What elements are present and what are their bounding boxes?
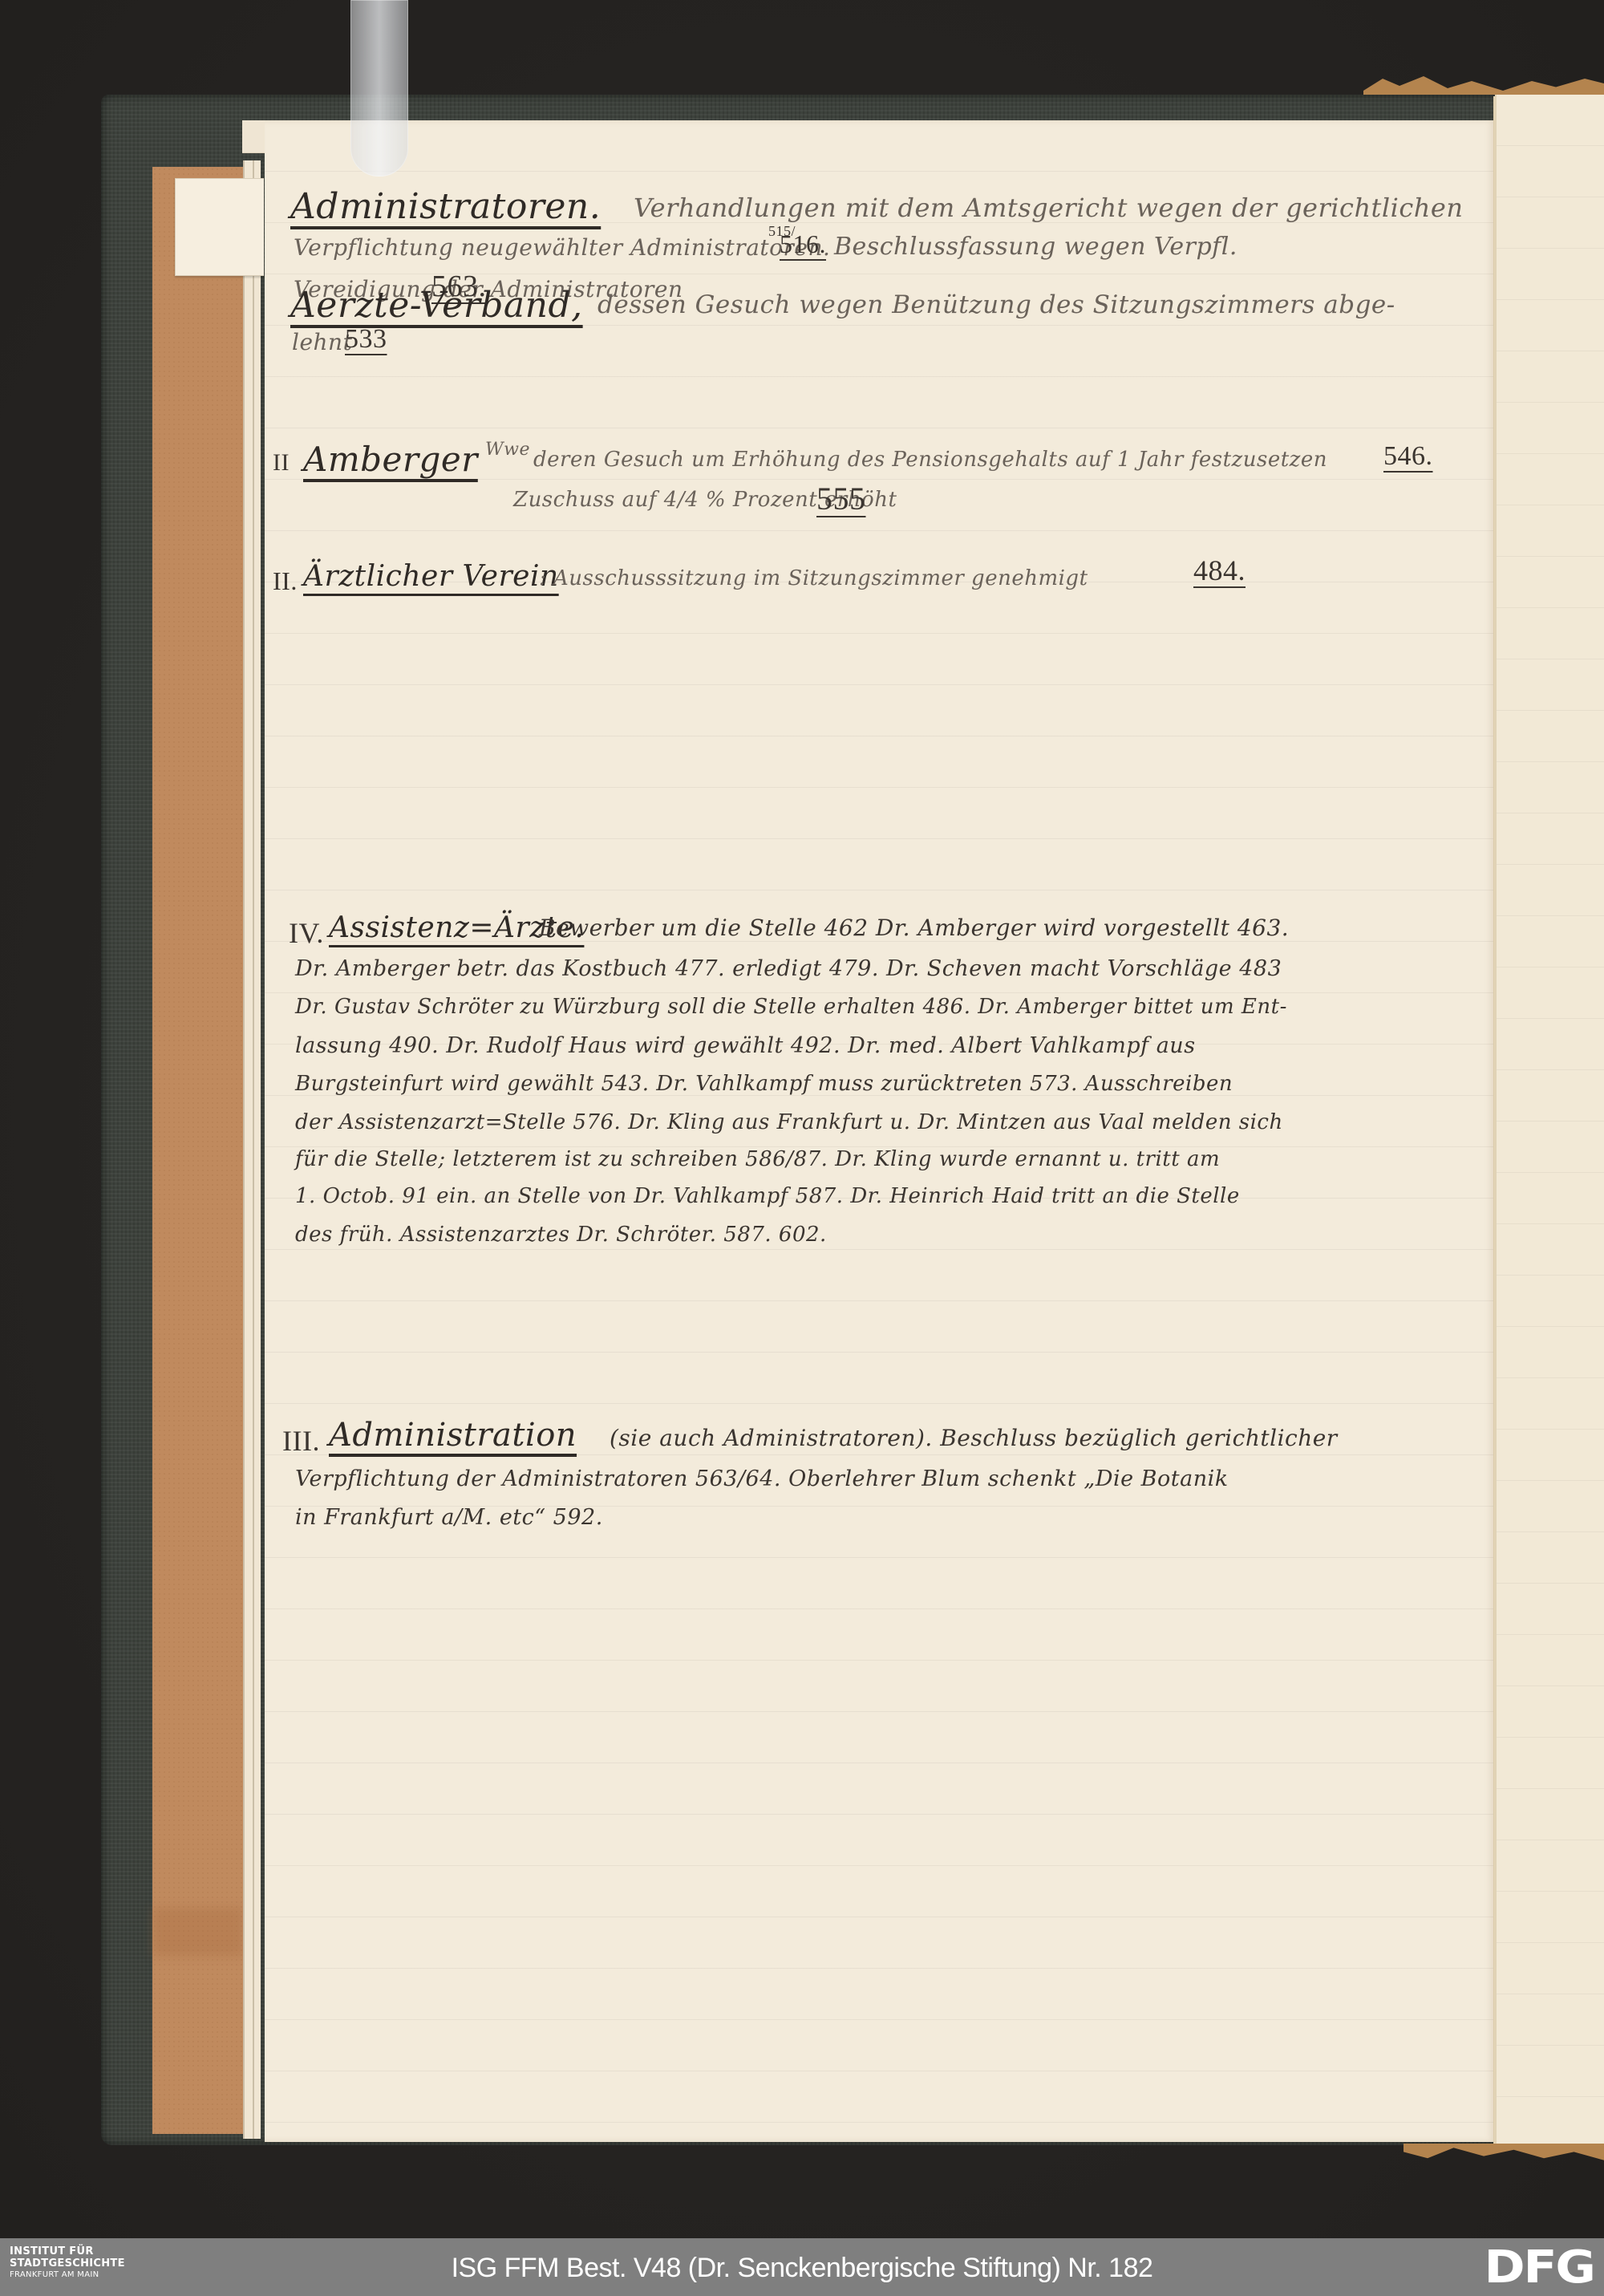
entry-text: des früh. Assistenzarztes Dr. Schröter. … <box>295 1223 827 1247</box>
page-ref: 546. <box>1383 441 1433 472</box>
entry-text: : Ausschusssitzung im Sitzungszimmer gen… <box>539 566 1088 590</box>
page-clip <box>350 0 408 176</box>
page-ref: 484. <box>1193 554 1246 587</box>
page-ref: 555 <box>816 480 866 517</box>
entry-heading: Administration <box>329 1417 577 1454</box>
facing-page <box>1495 95 1604 2144</box>
entry-text: in Frankfurt a/M. etc“ 592. <box>295 1505 603 1530</box>
entry-numeral: III. <box>282 1424 320 1458</box>
entry-text: Dr. Gustav Schröter zu Würzburg soll die… <box>295 995 1287 1019</box>
entry-text: Verhandlungen mit dem Amtsgericht wegen … <box>634 193 1463 223</box>
entry-text: Dr. Amberger betr. das Kostbuch 477. erl… <box>295 956 1282 981</box>
endpaper-strip <box>152 167 243 2134</box>
entry-text: Bewerber um die Stelle 462 Dr. Amberger … <box>539 915 1289 941</box>
endpaper-stain <box>152 1908 243 1956</box>
entry-text: Burgsteinfurt wird gewählt 543. Dr. Vahl… <box>295 1072 1233 1096</box>
entry-text: Verpflichtung der Administratoren 563/64… <box>295 1466 1229 1491</box>
entry-numeral: II <box>273 449 290 477</box>
entry-text: der Assistenzarzt=Stelle 576. Dr. Kling … <box>295 1110 1283 1134</box>
entry-text: lehnt <box>292 329 352 355</box>
entry-numeral: II. <box>273 566 298 596</box>
page-stack-edge <box>253 160 261 2139</box>
entry-text: (sie auch Administratoren). Beschluss be… <box>610 1425 1338 1451</box>
entry-heading: Ärztlicher Verein <box>303 560 559 593</box>
entry-text: für die Stelle; letzterem ist zu schreib… <box>295 1147 1220 1171</box>
entry-text: Beschlussfassung wegen Verpfl. <box>834 233 1237 261</box>
entry-text: deren Gesuch um Erhöhung des Pensionsgeh… <box>533 448 1327 472</box>
entry-text: Verpflichtung neugewählter Administrator… <box>294 234 830 261</box>
entry-heading: Administratoren. <box>290 186 601 227</box>
entry-heading: Aerzte-Verband, <box>290 285 583 326</box>
page-ref: 533 <box>345 324 387 355</box>
entry-numeral: IV. <box>289 916 324 950</box>
entry-heading: Amberger <box>303 440 478 479</box>
dfg-logo: DFG <box>1485 2248 1594 2288</box>
archive-footer: INSTITUT FÜR STADTGESCHICHTE FRANKFURT A… <box>0 2238 1604 2296</box>
entry-text: dessen Gesuch wegen Benützung des Sitzun… <box>597 290 1395 319</box>
entry-suffix: Wwe <box>485 440 530 460</box>
record-title: ISG FFM Best. V48 (Dr. Senckenbergische … <box>0 2253 1604 2284</box>
page-ref: 516. <box>780 229 826 259</box>
entry-text: lassung 490. Dr. Rudolf Haus wird gewähl… <box>295 1033 1196 1058</box>
index-tab <box>175 178 264 276</box>
entry-text: 1. Octob. 91 ein. an Stelle von Dr. Vahl… <box>295 1184 1240 1208</box>
